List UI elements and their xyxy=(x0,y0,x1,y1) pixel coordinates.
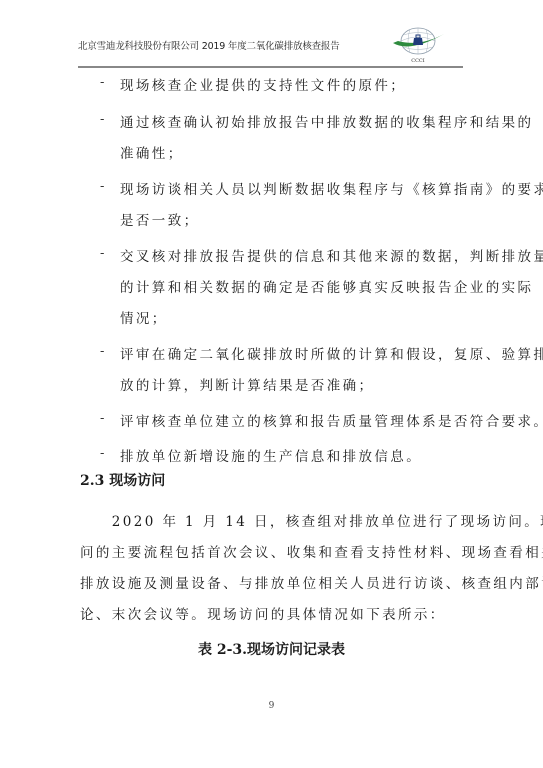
bullet-line: 的计算和相关数据的确定是否能够真实反映报告企业的实际 xyxy=(120,276,533,296)
header-title: 北京雪迪龙科技股份有限公司 2019 年度二氧化碳排放核查报告 xyxy=(78,38,340,52)
section-heading: 2.3 现场访问 xyxy=(80,470,165,490)
paragraph-line: 排放设施及测量设备、与排放单位相关人员进行访谈、核查组内部讨 xyxy=(80,572,543,592)
bullet-line: 排放单位新增设施的生产信息和排放信息。 xyxy=(120,445,422,465)
bullet-line: 交叉核对排放报告提供的信息和其他来源的数据，判断排放量 xyxy=(120,245,543,265)
bullet-marker: - xyxy=(100,75,104,90)
bullet-line: 情况； xyxy=(120,307,168,327)
bullet-marker: - xyxy=(100,446,104,461)
ccci-logo-icon: CCCI xyxy=(390,25,446,65)
bullet-line: 现场核查企业提供的支持性文件的原件； xyxy=(120,74,406,94)
bullet-marker: - xyxy=(100,411,104,426)
bullet-marker: - xyxy=(100,344,104,359)
bullet-line: 是否一致； xyxy=(120,209,200,229)
paragraph-line: 论、末次会议等。现场访问的具体情况如下表所示： xyxy=(80,603,446,623)
bullet-marker: - xyxy=(100,179,104,194)
table-caption: 表 2-3.现场访问记录表 xyxy=(0,639,543,659)
paragraph-line: 2020 年 1 月 14 日，核查组对排放单位进行了现场访问。现场访 xyxy=(80,510,543,530)
svg-text:CCCI: CCCI xyxy=(411,58,424,64)
bullet-line: 评审核查单位建立的核算和报告质量管理体系是否符合要求。 xyxy=(120,410,543,430)
bullet-line: 放的计算，判断计算结果是否准确； xyxy=(120,374,374,394)
bullet-line: 现场访谈相关人员以判断数据收集程序与《核算指南》的要求 xyxy=(120,178,543,198)
bullet-marker: - xyxy=(100,112,104,127)
bullet-marker: - xyxy=(100,246,104,261)
bullet-line: 准确性； xyxy=(120,142,184,162)
bullet-line: 通过核查确认初始排放报告中排放数据的收集程序和结果的 xyxy=(120,111,533,131)
header-divider xyxy=(78,66,463,68)
paragraph-line: 问的主要流程包括首次会议、收集和查看支持性材料、现场查看相关 xyxy=(80,541,543,561)
page-number: 9 xyxy=(0,701,543,711)
bullet-line: 评审在确定二氧化碳排放时所做的计算和假设，复原、验算排 xyxy=(120,343,543,363)
